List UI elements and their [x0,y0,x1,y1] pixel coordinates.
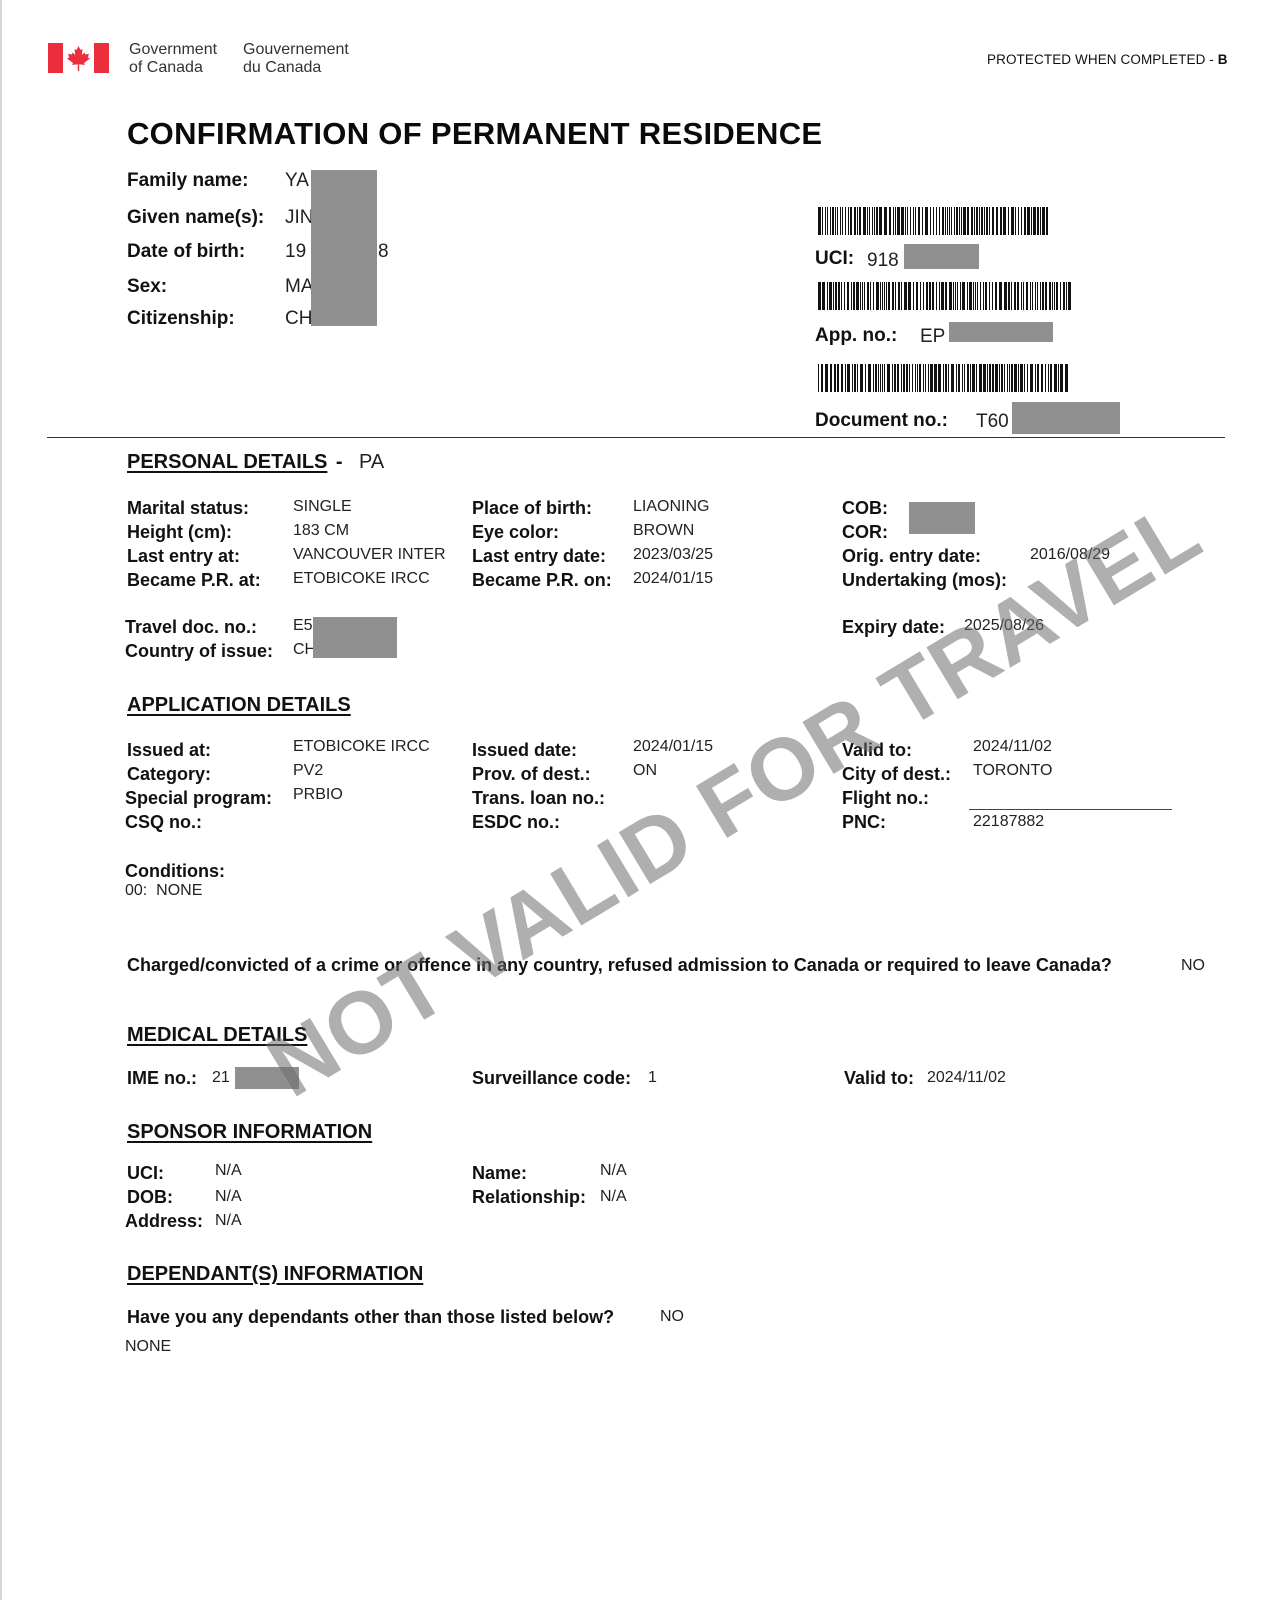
eye-color-label: Eye color: [472,522,559,543]
surveillance-label: Surveillance code: [472,1068,631,1089]
citizenship-value: CH [285,308,312,330]
redaction-box [949,322,1053,342]
header-divider [47,437,1225,438]
section-title: PERSONAL DETAILS [127,451,327,473]
sponsor-dob-value: N/A [215,1188,242,1206]
document-title: CONFIRMATION OF PERMANENT RESIDENCE [127,116,822,152]
sponsor-name-value: N/A [600,1162,627,1180]
became-pr-on-value: 2024/01/15 [633,570,713,588]
redaction-box [313,617,397,658]
redaction-box [1012,402,1120,434]
protected-text: PROTECTED WHEN COMPLETED - [987,52,1218,67]
applicant-type: PA [359,451,384,473]
sponsor-name-label: Name: [472,1163,527,1184]
family-name-label: Family name: [127,170,248,192]
sponsor-relationship-value: N/A [600,1188,627,1206]
became-pr-at-value: ETOBICOKE IRCC [293,570,430,588]
application-details-heading: APPLICATION DETAILS [127,694,351,717]
issued-date-value: 2024/01/15 [633,738,713,756]
gov-fr-line2: du Canada [243,59,349,77]
heading-dash: - [336,451,343,473]
ime-label: IME no.: [127,1068,197,1089]
gov-en-line2: of Canada [129,59,217,77]
redaction-box [311,170,377,326]
flight-label: Flight no.: [842,788,929,809]
marital-status-label: Marital status: [127,498,249,519]
issued-date-label: Issued date: [472,740,577,761]
ime-value: 21 [212,1069,230,1087]
country-issue-label: Country of issue: [125,641,273,662]
flight-no-line [969,809,1172,810]
dependants-info-heading: DEPENDANT(S) INFORMATION [127,1263,423,1286]
cor-label: COR: [842,522,888,543]
sponsor-uci-label: UCI: [127,1163,164,1184]
city-dest-value: TORONTO [973,762,1052,780]
sponsor-dob-label: DOB: [127,1187,173,1208]
pnc-label: PNC: [842,812,886,833]
special-program-value: PRBIO [293,786,343,804]
last-entry-date-label: Last entry date: [472,546,606,567]
marital-status-value: SINGLE [293,498,352,516]
sponsor-info-heading: SPONSOR INFORMATION [127,1121,372,1144]
conditions-label: Conditions: [125,861,225,882]
place-of-birth-label: Place of birth: [472,498,592,519]
sponsor-uci-value: N/A [215,1162,242,1180]
eye-color-value: BROWN [633,522,694,540]
family-name-value: YA [285,170,309,192]
criminality-question: Charged/convicted of a crime or offence … [127,955,1112,976]
surveillance-value: 1 [648,1069,657,1087]
redaction-box [909,502,975,534]
canada-flag-icon [48,43,109,73]
uci-value: 918 [867,250,899,272]
sex-label: Sex: [127,276,167,298]
prov-dest-value: ON [633,762,657,780]
app-no-value: EP [920,326,945,348]
criminality-answer: NO [1181,957,1205,975]
government-wordmark-fr: Gouvernement du Canada [243,41,349,77]
conditions-value: 00: NONE [125,882,202,900]
became-pr-on-label: Became P.R. on: [472,570,612,591]
uci-barcode [818,207,1051,235]
prov-dest-label: Prov. of dest.: [472,764,591,785]
category-value: PV2 [293,762,323,780]
document-no-value: T60 [976,411,1009,433]
csq-label: CSQ no.: [125,812,202,833]
given-names-label: Given name(s): [127,207,264,229]
personal-details-heading: PERSONAL DETAILS - PA [127,451,384,474]
sponsor-address-label: Address: [125,1211,203,1232]
undertaking-label: Undertaking (mos): [842,570,1007,591]
app-no-label: App. no.: [815,325,897,347]
dependants-question: Have you any dependants other than those… [127,1307,614,1328]
issued-at-label: Issued at: [127,740,211,761]
uci-label: UCI: [815,248,854,270]
dob-value-end: 8 [378,241,389,263]
medical-valid-to-value: 2024/11/02 [927,1069,1006,1087]
category-label: Category: [127,764,211,785]
given-names-value: JIN [285,207,314,229]
special-program-label: Special program: [125,788,272,809]
became-pr-at-label: Became P.R. at: [127,570,261,591]
issued-at-value: ETOBICOKE IRCC [293,738,430,756]
redaction-box [904,244,979,269]
citizenship-label: Citizenship: [127,308,235,330]
place-of-birth-value: LIAONING [633,498,709,516]
height-value: 183 CM [293,522,349,540]
government-wordmark-en: Government of Canada [129,41,217,77]
travel-doc-value: E5 [293,617,313,635]
last-entry-date-value: 2023/03/25 [633,546,713,564]
sex-value: MA [285,276,314,298]
dob-label: Date of birth: [127,241,245,263]
last-entry-at-value: VANCOUVER INTER [293,546,446,564]
gov-en-line1: Government [129,41,217,59]
dob-value-start: 19 [285,241,306,263]
document-no-barcode [818,364,1072,392]
valid-to-value: 2024/11/02 [973,738,1052,756]
sponsor-relationship-label: Relationship: [472,1187,586,1208]
pnc-value: 22187882 [973,813,1044,831]
trans-loan-label: Trans. loan no.: [472,788,605,809]
height-label: Height (cm): [127,522,232,543]
protected-level: B [1218,52,1228,67]
esdc-label: ESDC no.: [472,812,560,833]
dependants-list: NONE [125,1338,171,1356]
orig-entry-label: Orig. entry date: [842,546,981,567]
page-edge [0,0,2,1600]
gov-fr-line1: Gouvernement [243,41,349,59]
medical-valid-to-label: Valid to: [844,1068,914,1089]
document-no-label: Document no.: [815,410,948,432]
app-no-barcode [818,282,1072,310]
last-entry-at-label: Last entry at: [127,546,240,567]
dependants-answer: NO [660,1308,684,1326]
cob-label: COB: [842,498,888,519]
travel-doc-label: Travel doc. no.: [125,617,257,638]
sponsor-address-value: N/A [215,1212,242,1230]
protected-marking: PROTECTED WHEN COMPLETED - B [987,52,1228,67]
